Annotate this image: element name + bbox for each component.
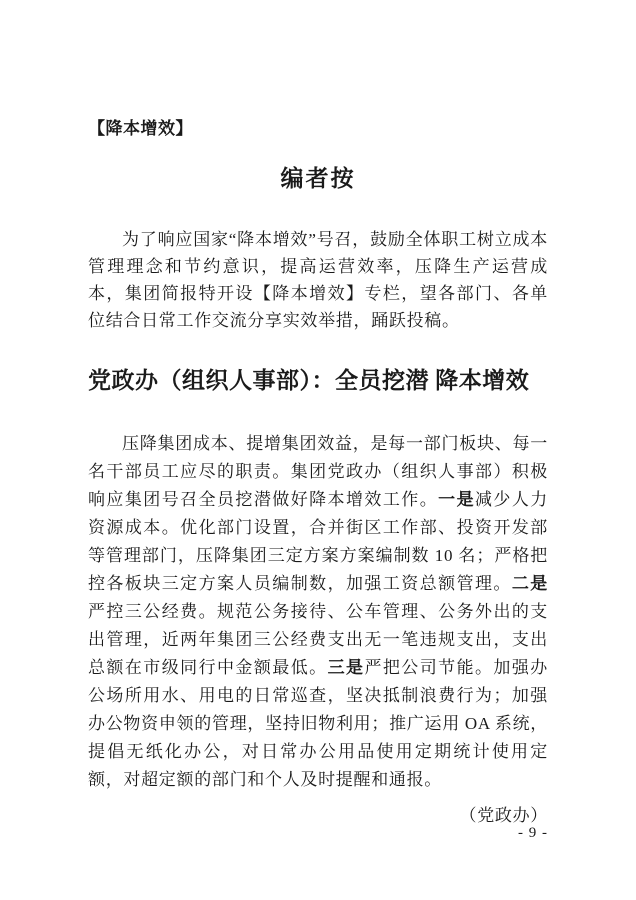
editor-note-title: 编者按 [88,164,548,194]
emphasis-segment: 一是 [438,490,475,509]
emphasis-segment: 三是 [328,658,365,677]
page-number: - 9 - [518,825,548,842]
document-page: 【降本增效】 编者按 为了响应国家“降本增效”号召，鼓励全体职工树立成本管理理念… [0,0,636,900]
editor-note-body: 为了响应国家“降本增效”号召，鼓励全体职工树立成本管理理念和节约意识，提高运营效… [88,226,548,334]
section-tag: 【降本增效】 [88,118,548,140]
article-signature: （党政办） [88,802,548,829]
emphasis-segment: 二是 [512,574,548,593]
article-body: 压降集团成本、提增集团效益，是每一部门板块、每一名干部员工应尽的职责。集团党政办… [88,430,548,794]
article-title: 党政办（组织人事部）：全员挖潜 降本增效 [88,366,548,396]
text-segment: 严把公司节能。加强办公场所用水、用电的日常巡查，坚决抵制浪费行为；加强办公物资申… [88,658,548,789]
page-content: 【降本增效】 编者按 为了响应国家“降本增效”号召，鼓励全体职工树立成本管理理念… [88,0,548,829]
